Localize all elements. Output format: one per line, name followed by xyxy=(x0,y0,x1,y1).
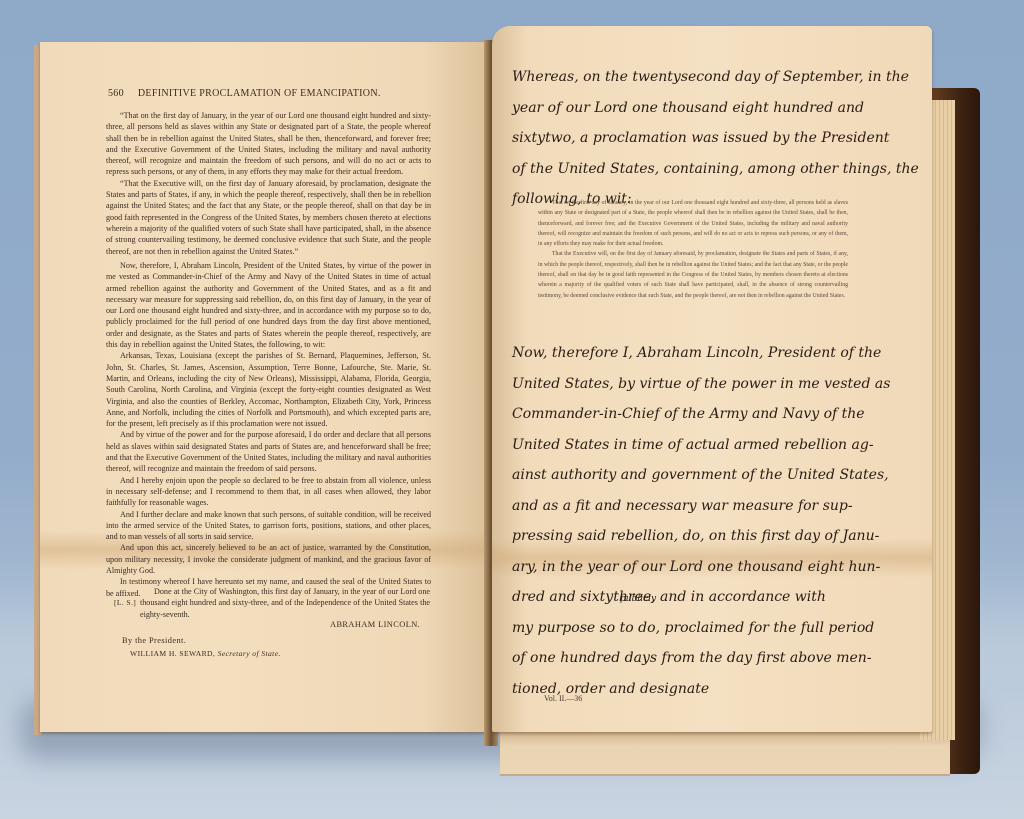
handwritten-line: Commander-in-Chief of the Army and Navy … xyxy=(512,399,857,430)
handwritten-line: dred and sixtythree, and in accordance w… xyxy=(512,582,857,613)
printed-text-block: “That on the first day of January, in th… xyxy=(106,110,431,257)
paragraph: Arkansas, Texas, Louisiana (except the p… xyxy=(106,350,431,429)
lincoln-signature: ABRAHAM LINCOLN. xyxy=(330,620,420,629)
running-head-title: DEFINITIVE PROCLAMATION OF EMANCIPATION. xyxy=(138,88,381,99)
handwritten-line: of one hundred days from the day first a… xyxy=(512,643,857,674)
seal-mark: [L. S.] xyxy=(114,598,136,607)
paragraph: And I further declare and make known tha… xyxy=(106,509,431,543)
handwritten-line: my purpose so to do, proclaimed for the … xyxy=(512,613,857,644)
attestation-line: By the President. xyxy=(122,636,186,645)
secretary-name: WILLIAM H. SEWARD, xyxy=(130,649,215,658)
page-number: 560 xyxy=(108,88,124,99)
paragraph: Now, therefore, I, Abraham Lincoln, Pres… xyxy=(106,260,431,350)
handwritten-line: Now, therefore I, Abraham Lincoln, Presi… xyxy=(512,338,857,369)
page-stack-bottom xyxy=(500,728,950,776)
pasted-printed-inset: That on the first day of January, in the… xyxy=(538,198,848,301)
handwritten-body: Now, therefore I, Abraham Lincoln, Presi… xyxy=(512,338,857,704)
right-page: Whereas, on the twentysecond day of Sept… xyxy=(492,26,932,732)
printed-text-block-main: Now, therefore, I, Abraham Lincoln, Pres… xyxy=(106,260,431,599)
handwritten-line: Whereas, on the twentysecond day of Sept… xyxy=(512,62,857,93)
paragraph: “That on the first day of January, in th… xyxy=(106,110,431,178)
left-page: 560 DEFINITIVE PROCLAMATION OF EMANCIPAT… xyxy=(40,42,488,732)
paragraph: And upon this act, sincerely believed to… xyxy=(106,542,431,576)
secretary-title: Secretary of State. xyxy=(218,649,281,658)
handwritten-line: United States, by virtue of the power in… xyxy=(512,369,857,400)
handwritten-intro: Whereas, on the twentysecond day of Sept… xyxy=(512,62,857,215)
interlineation-insert: publicly xyxy=(620,594,656,604)
handwritten-line: United States in time of actual armed re… xyxy=(512,430,857,461)
handwritten-line: and as a fit and necessary war measure f… xyxy=(512,491,857,522)
inset-paragraph: That on the first day of January, in the… xyxy=(538,198,848,249)
closing-paragraph: Done at the City of Washington, this fir… xyxy=(140,586,430,620)
handwritten-line: pressing said rebellion, do, on this fir… xyxy=(512,521,857,552)
handwritten-line: year of our Lord one thousand eight hund… xyxy=(512,93,857,124)
handwritten-line: of the United States, containing, among … xyxy=(512,154,857,185)
paragraph: And by virtue of the power and for the p… xyxy=(106,429,431,474)
closing-text: Done at the City of Washington, this fir… xyxy=(140,586,430,620)
paragraph: And I hereby enjoin upon the people so d… xyxy=(106,475,431,509)
secretary-line: WILLIAM H. SEWARD, Secretary of State. xyxy=(130,649,281,658)
handwritten-line: ary, in the year of our Lord one thousan… xyxy=(512,552,857,583)
handwritten-line: sixtytwo, a proclamation was issued by t… xyxy=(512,123,857,154)
signature-mark-footer: Vol. II.—36 xyxy=(544,694,582,703)
running-header: 560 DEFINITIVE PROCLAMATION OF EMANCIPAT… xyxy=(108,88,438,99)
inset-paragraph: That the Executive will, on the first da… xyxy=(538,249,848,300)
handwritten-line: ainst authority and government of the Un… xyxy=(512,460,857,491)
paragraph: “That the Executive will, on the first d… xyxy=(106,178,431,257)
